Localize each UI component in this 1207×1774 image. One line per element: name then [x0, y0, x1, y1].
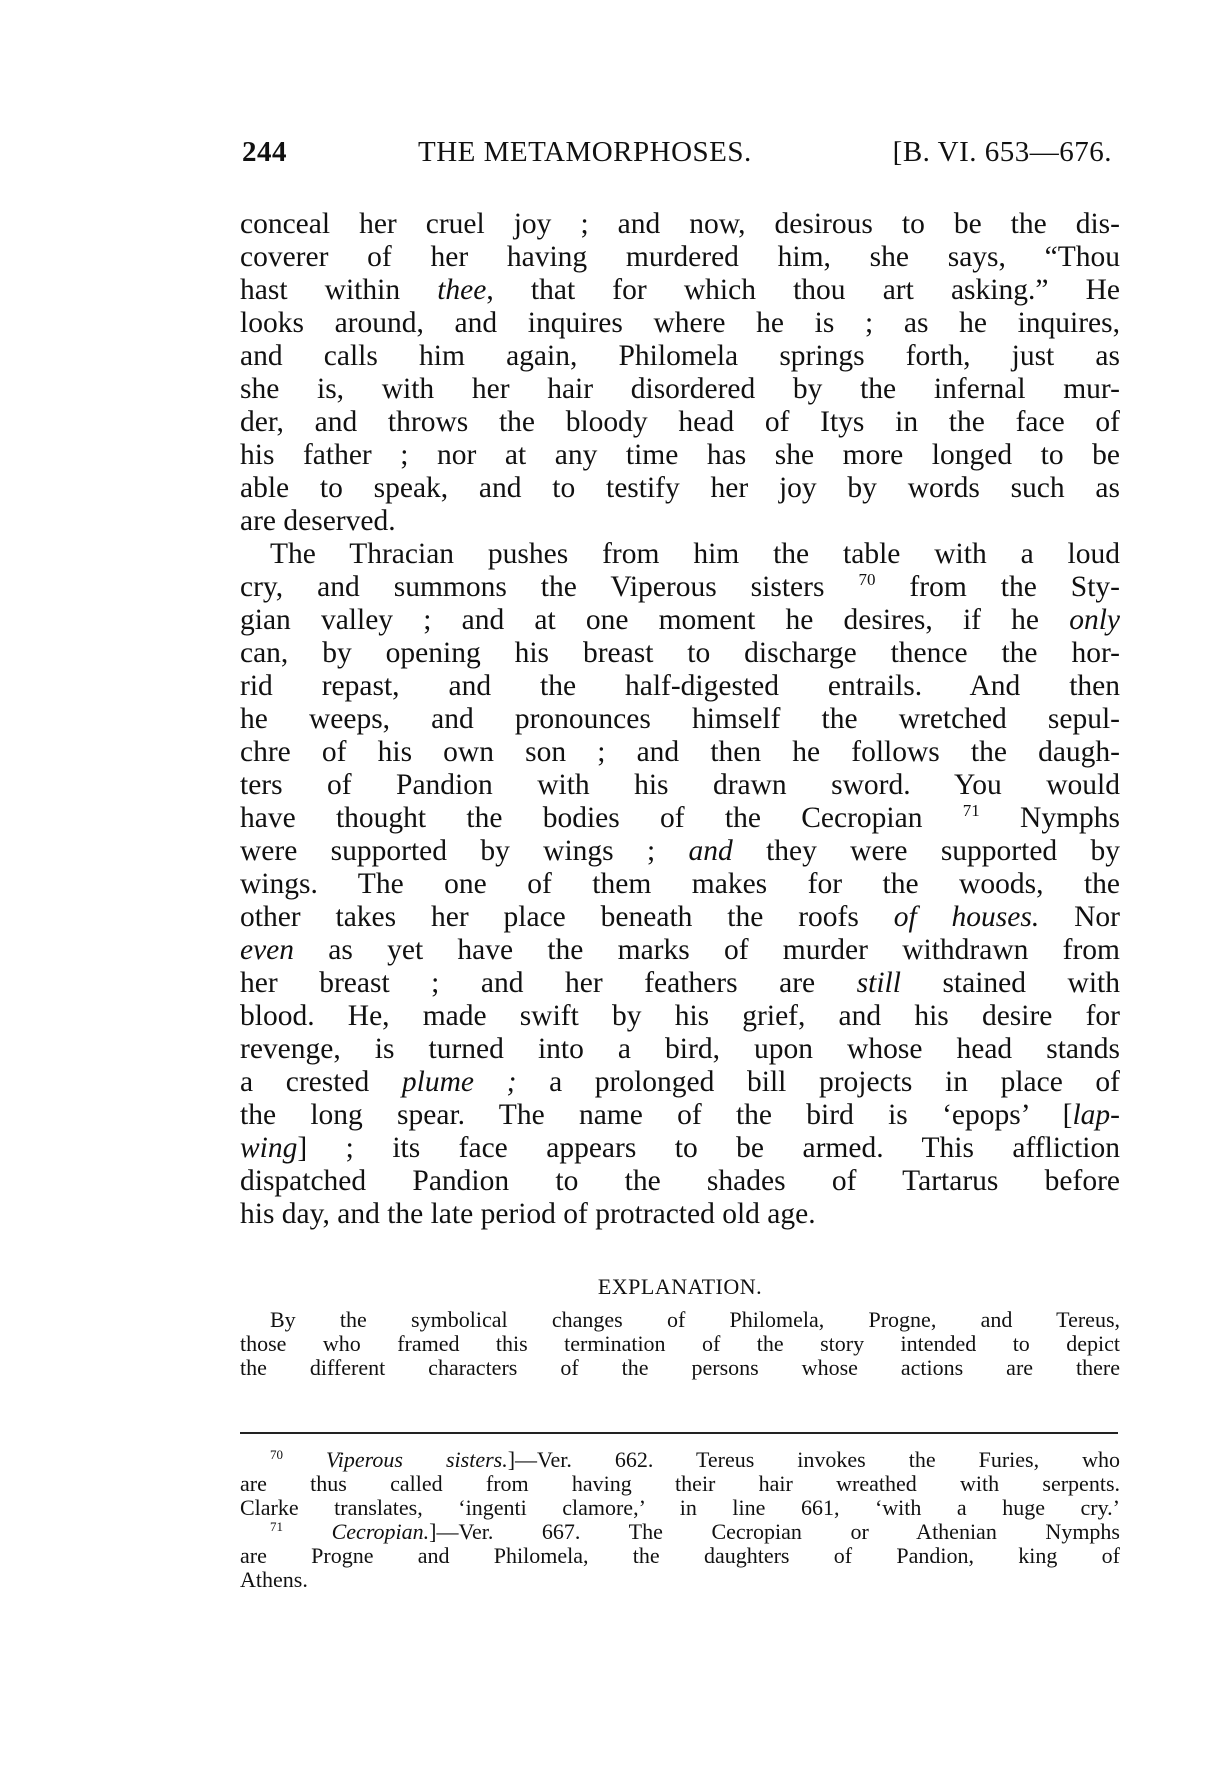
text-line: his day, and the late period of protract…	[240, 1198, 1120, 1231]
text-line: ters of Pandion with his drawn sword. Yo…	[240, 769, 1120, 802]
italic-emphasis: thee	[437, 274, 486, 306]
italic-emphasis: lap-	[1072, 1099, 1120, 1131]
text-line: able to speak, and to testify her joy by…	[240, 472, 1120, 505]
footnote-ref-70[interactable]: 70	[858, 570, 875, 589]
footnote-ref-71[interactable]: 71	[963, 801, 980, 820]
text-line: revenge, is turned into a bird, upon who…	[240, 1033, 1120, 1066]
text-line: gian valley ; and at one moment he desir…	[240, 604, 1120, 637]
text-line: chre of his own son ; and then he follow…	[240, 736, 1120, 769]
text-line: were supported by wings ; and they were …	[240, 835, 1120, 868]
text-line: even as yet have the marks of murder wit…	[240, 934, 1120, 967]
text-line: By the symbolical changes of Philomela, …	[240, 1308, 1120, 1332]
italic-emphasis: only	[1069, 604, 1120, 636]
text-line: are Progne and Philomela, the daughters …	[240, 1544, 1120, 1568]
main-text: conceal her cruel joy ; and now, desirou…	[240, 208, 1120, 1231]
footnote-number: 71	[270, 1519, 283, 1534]
text-line: she is, with her hair disordered by the …	[240, 373, 1120, 406]
running-title: THE METAMORPHOSES.	[418, 136, 752, 169]
running-header: 244 THE METAMORPHOSES. [B. VI. 653—676.	[240, 136, 1120, 176]
text-line: wing] ; its face appears to be armed. Th…	[240, 1132, 1120, 1165]
footnote-number: 70	[270, 1447, 283, 1462]
text-line: blood. He, made swift by his grief, and …	[240, 1000, 1120, 1033]
text-line: der, and throws the bloody head of Itys …	[240, 406, 1120, 439]
italic-emphasis: plume ;	[402, 1066, 517, 1098]
explanation-text: By the symbolical changes of Philomela, …	[240, 1308, 1120, 1380]
text-line: a crested plume ; a prolonged bill proje…	[240, 1066, 1120, 1099]
text-line: Clarke translates, ‘ingenti clamore,’ in…	[240, 1496, 1120, 1520]
footnote-label: Viperous sisters.	[326, 1447, 508, 1472]
italic-emphasis: even	[240, 934, 294, 966]
italic-emphasis: of houses.	[894, 901, 1040, 933]
text-line: and calls him again, Philomela springs f…	[240, 340, 1120, 373]
text-line: he weeps, and pronounces himself the wre…	[240, 703, 1120, 736]
text-line: hast within thee, that for which thou ar…	[240, 274, 1120, 307]
footnote-divider	[240, 1432, 1118, 1434]
footnote-label: Cecropian.	[332, 1519, 430, 1544]
text-line: coverer of her having murdered him, she …	[240, 241, 1120, 274]
text-line: cry, and summons the Viperous sisters 70…	[240, 571, 1120, 604]
text-line: rid repast, and the half-digested entrai…	[240, 670, 1120, 703]
italic-emphasis: and	[688, 835, 732, 867]
italic-emphasis: wing	[240, 1132, 297, 1164]
page-number: 244	[242, 136, 287, 169]
text-line: those who framed this termination of the…	[240, 1332, 1120, 1356]
text-line: are deserved.	[240, 505, 1120, 538]
text-line: his father ; nor at any time has she mor…	[240, 439, 1120, 472]
text-line: Athens.	[240, 1568, 1120, 1592]
text-line: other takes her place beneath the roofs …	[240, 901, 1120, 934]
text-line: are thus called from having their hair w…	[240, 1472, 1120, 1496]
text-line: her breast ; and her feathers are still …	[240, 967, 1120, 1000]
text-line: looks around, and inquires where he is ;…	[240, 307, 1120, 340]
text-line: wings. The one of them makes for the woo…	[240, 868, 1120, 901]
text-line: can, by opening his breast to discharge …	[240, 637, 1120, 670]
footnote-70: 70 Viperous sisters.]—Ver. 662. Tereus i…	[240, 1448, 1120, 1472]
italic-emphasis: still	[857, 967, 901, 999]
text-line: dispatched Pandion to the shades of Tart…	[240, 1165, 1120, 1198]
text-line: have thought the bodies of the Cecropian…	[240, 802, 1120, 835]
paragraph-start-line: The Thracian pushes from him the table w…	[240, 538, 1120, 571]
footnote-71: 71 Cecropian.]—Ver. 667. The Cecropian o…	[240, 1520, 1120, 1544]
section-heading-explanation: EXPLANATION.	[240, 1274, 1120, 1300]
text-line: the different characters of the persons …	[240, 1356, 1120, 1380]
book-verse-reference: [B. VI. 653—676.	[893, 136, 1112, 169]
footnotes: 70 Viperous sisters.]—Ver. 662. Tereus i…	[240, 1448, 1120, 1592]
text-line: the long spear. The name of the bird is …	[240, 1099, 1120, 1132]
text-line: conceal her cruel joy ; and now, desirou…	[240, 208, 1120, 241]
